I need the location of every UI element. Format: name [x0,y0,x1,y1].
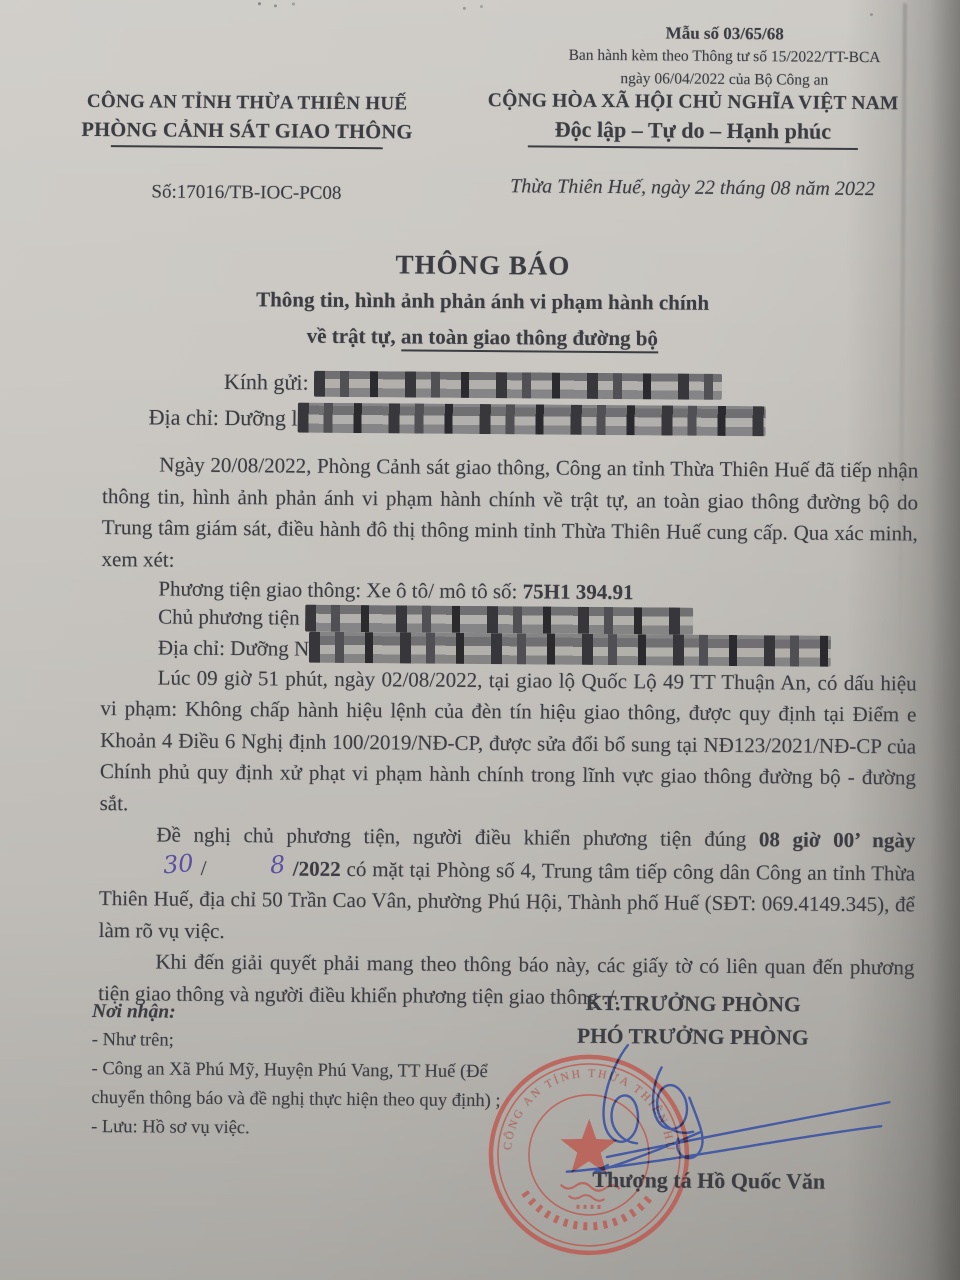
handwritten-day: 30 [98,847,202,886]
form-issued-by: Ban hành kèm theo Thông tư số 15/2022/TT… [509,43,939,69]
redacted-owner-name [305,604,693,634]
national-header-block: CỘNG HÒA XÃ HỘI CHỦ NGHĨA VIỆT NAM Độc l… [446,90,939,202]
document-title: THÔNG BÁO [28,246,938,284]
vehicle-label: Phương tiện giao thông: Xe ô tô/ mô tô s… [158,576,522,603]
signer-name: Thượng tá Hồ Quốc Văn [489,1166,929,1195]
recipient-block: Kính gửi: Địa chỉ: Dưỡng l [149,363,766,440]
document-subtitle-line1: Thông tin, hình ảnh phản ánh vi phạm hàn… [28,282,938,320]
distribution-item: - Lưu: Hồ sơ vụ việc. [91,1113,531,1145]
paragraph-intro: Ngày 20/08/2022, Phòng Cảnh sát giao thô… [101,449,918,581]
place-and-date: Thừa Thiên Huế, ngày 22 tháng 08 năm 202… [446,175,938,202]
national-motto: Độc lập – Tự do – Hạnh phúc [447,116,939,146]
national-title: CỘNG HÒA XÃ HỘI CHỦ NGHĨA VIỆT NAM [447,90,939,116]
to-label: Kính gửi: [224,369,309,395]
issuing-agency-block: CÔNG AN TỈNH THỪA THIÊN HUẾ PHÒNG CẢNH S… [26,90,467,205]
form-reference-block: Mẫu số 03/65/68 Ban hành kèm theo Thông … [509,20,940,92]
signer-title-line1: KT.TRƯỞNG PHÒNG [460,986,926,1023]
redacted-recipient-name [314,371,722,400]
summons-day-label: ngày [872,828,915,852]
paper-specks [258,2,261,5]
summons-time: 08 giờ 00’ [759,827,872,852]
paragraph-violation: Lúc 09 giờ 51 phút, ngày 02/08/2022, tại… [100,662,917,826]
agency-name: CÔNG AN TỈNH THỪA THIÊN HUẾ [27,90,467,115]
document-number: Số:17016/TB-IOC-PC08 [26,180,466,205]
recipient-line: Kính gửi: [224,364,766,404]
summons-start: Đề nghị chủ phương tiện, người điều khiể… [156,822,759,851]
unit-underline [111,145,383,149]
recipient-address-line: Địa chỉ: Dưỡng l [149,399,766,440]
form-number: Mẫu số 03/65/68 [510,20,940,46]
redacted-recipient-address [297,403,765,437]
owner-label: Chủ phương tiện [158,604,305,629]
paper-edge-shadow [930,0,960,1280]
document-sheet: Mẫu số 03/65/68 Ban hành kèm theo Thông … [0,0,960,1280]
distribution-item: - Công an Xã Phú Mỹ, Huyện Phú Vang, TT … [91,1055,531,1116]
handwritten-month: 8 [205,848,294,886]
body-text: Ngày 20/08/2022, Phòng Cảnh sát giao thô… [98,449,918,1015]
redacted-owner-address [309,632,831,667]
vehicle-plate-number: 75H1 394.91 [523,579,634,604]
motto-underline [528,145,858,150]
owner-address-label: Địa chỉ: Dưỡng N [158,635,310,660]
signature-strokes [567,1045,890,1176]
paragraph-summons: Đề nghị chủ phương tiện, người điều khiể… [99,819,916,952]
document-photo: Mẫu số 03/65/68 Ban hành kèm theo Thông … [0,0,960,1280]
address-label: Địa chỉ: Dưỡng l [149,404,298,430]
document-subtitle-line2: về trật tự, an toàn giao thông đường bộ [27,318,937,356]
title-block: THÔNG BÁO Thông tin, hình ảnh phản ánh v… [27,246,938,356]
subtitle-prefix: về trật tự, [307,324,401,349]
summons-year: /2022 [293,856,341,880]
unit-name: PHÒNG CẢNH SÁT GIAO THÔNG [27,118,467,144]
form-issued-date: ngày 06/04/2022 của Bộ Công an [509,66,939,92]
subtitle-underlined: an toàn giao thông đường bộ [401,324,658,353]
